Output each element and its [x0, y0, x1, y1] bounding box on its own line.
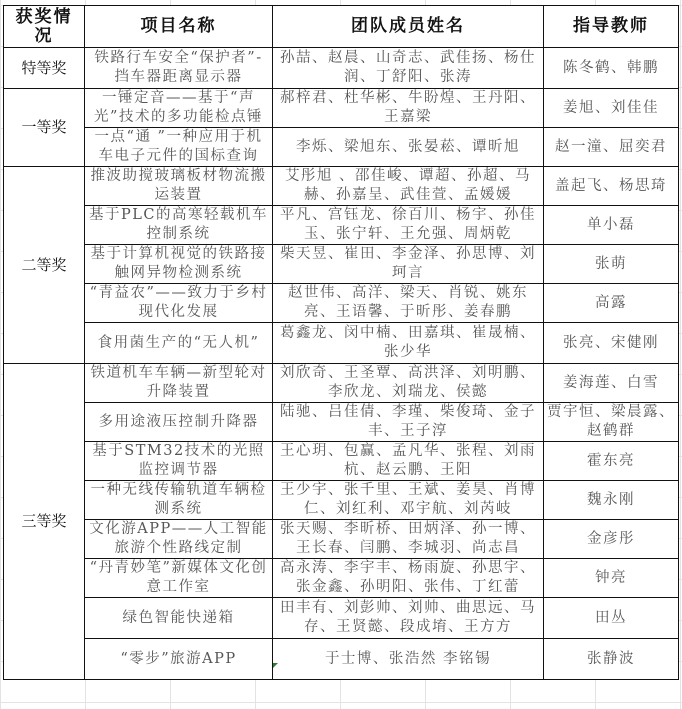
- award-level-cell[interactable]: 一等奖: [4, 89, 85, 167]
- project-cell[interactable]: 食用菌生产的“无人机”: [85, 323, 273, 364]
- project-cell[interactable]: 基于PLC的高寒轻载机车控制系统: [85, 206, 273, 245]
- table-row: 多用途液压控制升降器 陆驰、吕佳倩、李瑾、柴俊琦、金子丰、王子淳 贾宇恒、梁晨露…: [4, 403, 679, 442]
- table-row: 基于计算机视觉的铁路接触网异物检测系统 柴天昱、崔田、李金泽、孙思博、刘珂言 张…: [4, 245, 679, 284]
- project-cell[interactable]: 铁道机车车辆—新型轮对升降装置: [85, 364, 273, 403]
- table-row: 特等奖 铁路行车安全“保护者”-挡车器距离显示器 孙喆、赵晨、山奇志、武佳扬、杨…: [4, 48, 679, 89]
- members-cell[interactable]: 田丰有、刘彭帅、刘帅、曲思远、马存、王贤懿、段成堉、王方方: [273, 598, 544, 639]
- project-cell[interactable]: 基于计算机视觉的铁路接触网异物检测系统: [85, 245, 273, 284]
- project-cell[interactable]: 基于STM32技术的光照监控调节器: [85, 442, 273, 481]
- project-cell[interactable]: 多用途液压控制升降器: [85, 403, 273, 442]
- project-cell[interactable]: 一点“通 ”一种应用于机车电子元件的国标查询: [85, 128, 273, 167]
- advisor-cell[interactable]: 盖起飞、杨思琦: [544, 167, 679, 206]
- members-cell[interactable]: 王少宇、张千里、王斌、姜昊、肖博仁、刘红利、邓宇航、刘芮岐: [273, 481, 544, 520]
- project-cell[interactable]: “丹青妙笔”新媒体文化创意工作室: [85, 559, 273, 598]
- project-cell[interactable]: 一种无线传输轨道车辆检测系统: [85, 481, 273, 520]
- table-row: 二等奖 推波助搅玻璃板材物流搬运装置 艾彤旭 、邵佳峻、谭超、孙超、马赫、孙嘉呈…: [4, 167, 679, 206]
- members-cell[interactable]: 张天赐、李昕桥、田炳泽、孙一博、王长春、闫鹏、李城羽、尚志昌: [273, 520, 544, 559]
- header-row: 获奖情况 项目名称 团队成员姓名 指导教师: [4, 6, 679, 48]
- advisor-cell[interactable]: 姜旭、刘佳佳: [544, 89, 679, 128]
- members-cell[interactable]: 于士博、张浩然 李铭锡: [273, 639, 544, 680]
- members-cell[interactable]: 陆驰、吕佳倩、李瑾、柴俊琦、金子丰、王子淳: [273, 403, 544, 442]
- advisor-cell[interactable]: 姜海莲、白雪: [544, 364, 679, 403]
- project-cell[interactable]: 铁路行车安全“保护者”-挡车器距离显示器: [85, 48, 273, 89]
- members-cell[interactable]: 郝梓君、杜华彬、牛盼煌、王丹阳、王嘉梁: [273, 89, 544, 128]
- project-cell[interactable]: 绿色智能快递箱: [85, 598, 273, 639]
- members-cell[interactable]: 高永涛、李宇丰、杨雨旋、孙思宇、张金鑫、孙明阳、张伟、丁红蕾: [273, 559, 544, 598]
- header-team-members[interactable]: 团队成员姓名: [273, 6, 544, 48]
- advisor-cell[interactable]: 魏永刚: [544, 481, 679, 520]
- advisor-cell[interactable]: 钟亮: [544, 559, 679, 598]
- table-row: “青益农”——致力于乡村现代化发展 赵世伟、高洋、梁天、肖锐、姚东亮、王语馨、于…: [4, 284, 679, 323]
- advisor-cell[interactable]: 高露: [544, 284, 679, 323]
- members-cell[interactable]: 王心玥、包赢、孟凡华、张程、刘雨杭、赵云鹏、王阳: [273, 442, 544, 481]
- members-cell[interactable]: 孙喆、赵晨、山奇志、武佳扬、杨仕润、丁舒阳、张涛: [273, 48, 544, 89]
- advisor-cell[interactable]: 单小磊: [544, 206, 679, 245]
- advisor-cell[interactable]: 金彦彤: [544, 520, 679, 559]
- table-row: 三等奖 铁道机车车辆—新型轮对升降装置 刘欣奇、王圣覃、高洪泽、刘明鹏、李欣龙、…: [4, 364, 679, 403]
- advisor-cell[interactable]: 贾宇恒、梁晨露、赵鹤群: [544, 403, 679, 442]
- table-row: “丹青妙笔”新媒体文化创意工作室 高永涛、李宇丰、杨雨旋、孙思宇、张金鑫、孙明阳…: [4, 559, 679, 598]
- project-cell[interactable]: 一锤定音——基于“声光”技术的多功能检点锤: [85, 89, 273, 128]
- members-cell[interactable]: 刘欣奇、王圣覃、高洪泽、刘明鹏、李欣龙、刘瑞龙、侯懿: [273, 364, 544, 403]
- table-row: 绿色智能快递箱 田丰有、刘彭帅、刘帅、曲思远、马存、王贤懿、段成堉、王方方 田丛: [4, 598, 679, 639]
- advisor-cell[interactable]: 张萌: [544, 245, 679, 284]
- members-cell[interactable]: 葛鑫龙、闵中楠、田嘉琪、崔晟楠、张少华: [273, 323, 544, 364]
- table-row: 文化游APP——人工智能旅游个性路线定制 张天赐、李昕桥、田炳泽、孙一博、王长春…: [4, 520, 679, 559]
- members-cell[interactable]: 艾彤旭 、邵佳峻、谭超、孙超、马赫、孙嘉呈、武佳萱、孟媛媛: [273, 167, 544, 206]
- advisor-cell[interactable]: 张亮、宋健刚: [544, 323, 679, 364]
- members-cell[interactable]: 赵世伟、高洋、梁天、肖锐、姚东亮、王语馨、于昕彤、姜春鹏: [273, 284, 544, 323]
- advisor-cell[interactable]: 陈冬鹤、韩鹏: [544, 48, 679, 89]
- table-row: 食用菌生产的“无人机” 葛鑫龙、闵中楠、田嘉琪、崔晟楠、张少华 张亮、宋健刚: [4, 323, 679, 364]
- members-cell[interactable]: 李烁、梁旭东、张晏菘、谭昕旭: [273, 128, 544, 167]
- advisor-cell[interactable]: 霍东亮: [544, 442, 679, 481]
- header-advisor[interactable]: 指导教师: [544, 6, 679, 48]
- project-cell[interactable]: “青益农”——致力于乡村现代化发展: [85, 284, 273, 323]
- cell-comment-marker-icon: [273, 663, 278, 668]
- project-cell[interactable]: 推波助搅玻璃板材物流搬运装置: [85, 167, 273, 206]
- header-project-name[interactable]: 项目名称: [85, 6, 273, 48]
- header-award-level[interactable]: 获奖情况: [4, 6, 85, 48]
- advisor-cell[interactable]: 田丛: [544, 598, 679, 639]
- table-row: “零步”旅游APP 于士博、张浩然 李铭锡 张静波: [4, 639, 679, 680]
- table-row: 一等奖 一锤定音——基于“声光”技术的多功能检点锤 郝梓君、杜华彬、牛盼煌、王丹…: [4, 89, 679, 128]
- table-row: 一种无线传输轨道车辆检测系统 王少宇、张千里、王斌、姜昊、肖博仁、刘红利、邓宇航…: [4, 481, 679, 520]
- advisor-cell[interactable]: 张静波: [544, 639, 679, 680]
- advisor-cell[interactable]: 赵一潼、屈奕君: [544, 128, 679, 167]
- members-cell[interactable]: 平凡、宫钰龙、徐百川、杨宇、孙佳玉、张宁轩、王允强、周炳乾: [273, 206, 544, 245]
- table-row: 一点“通 ”一种应用于机车电子元件的国标查询 李烁、梁旭东、张晏菘、谭昕旭 赵一…: [4, 128, 679, 167]
- project-cell[interactable]: 文化游APP——人工智能旅游个性路线定制: [85, 520, 273, 559]
- members-cell[interactable]: 柴天昱、崔田、李金泽、孙思博、刘珂言: [273, 245, 544, 284]
- award-level-cell[interactable]: 二等奖: [4, 167, 85, 364]
- project-cell[interactable]: “零步”旅游APP: [85, 639, 273, 680]
- table-row: 基于STM32技术的光照监控调节器 王心玥、包赢、孟凡华、张程、刘雨杭、赵云鹏、…: [4, 442, 679, 481]
- award-level-cell[interactable]: 特等奖: [4, 48, 85, 89]
- award-level-cell[interactable]: 三等奖: [4, 364, 85, 680]
- awards-table: 获奖情况 项目名称 团队成员姓名 指导教师 特等奖 铁路行车安全“保护者”-挡车…: [3, 5, 679, 680]
- table-row: 基于PLC的高寒轻载机车控制系统 平凡、宫钰龙、徐百川、杨宇、孙佳玉、张宁轩、王…: [4, 206, 679, 245]
